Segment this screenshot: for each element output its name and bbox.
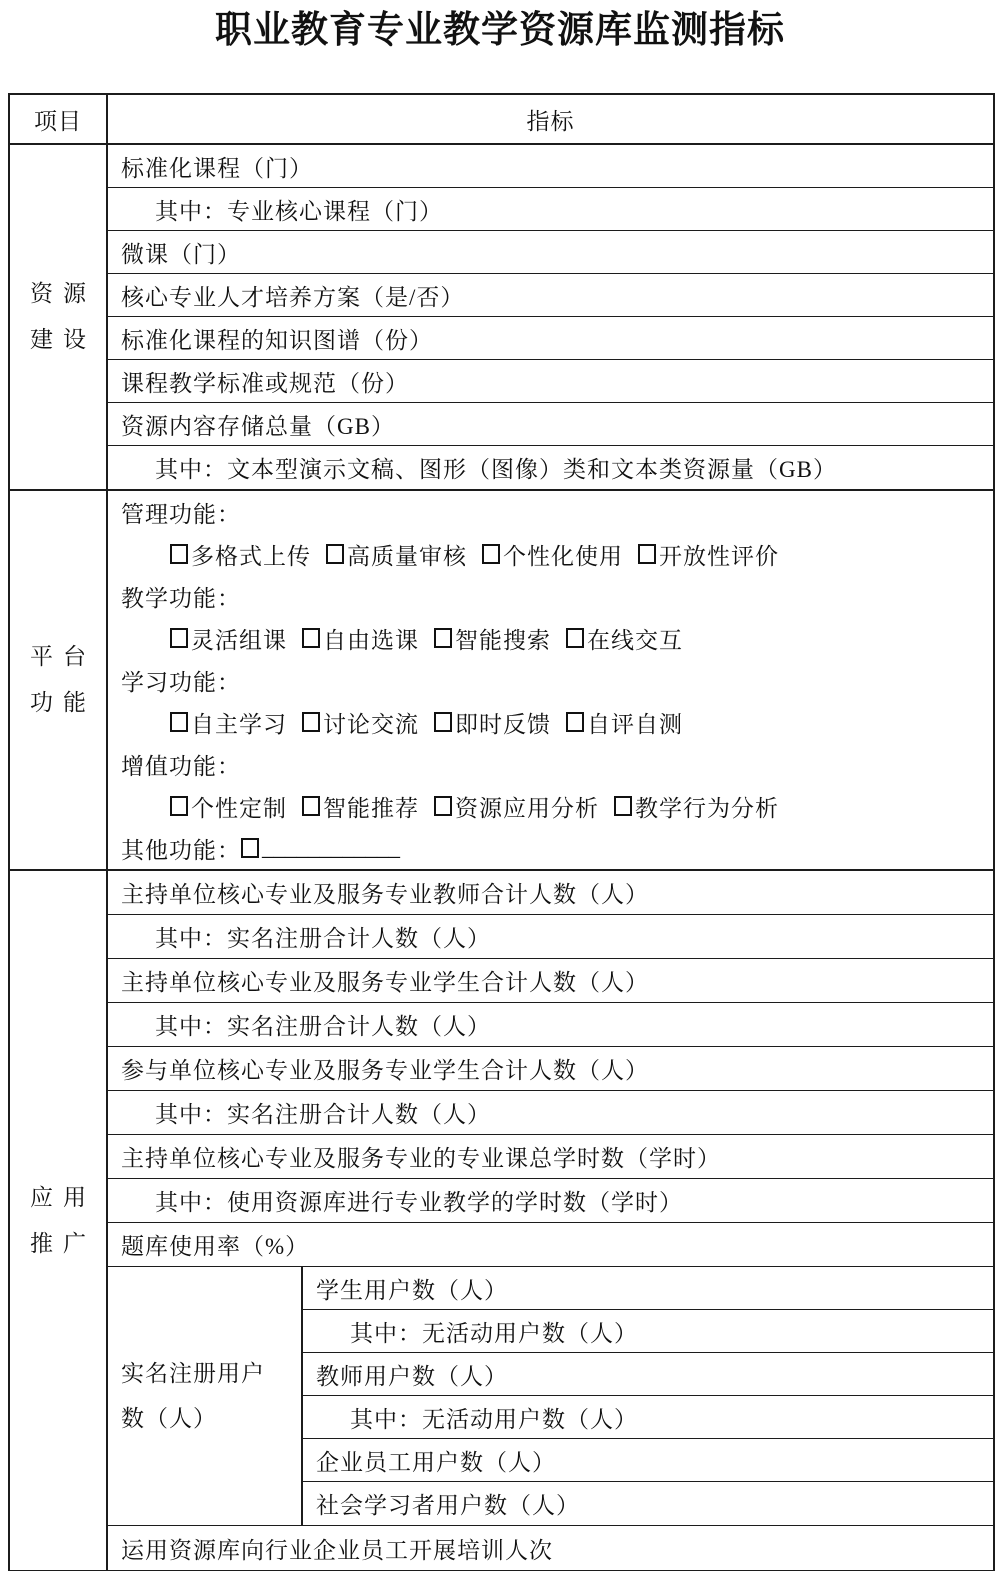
checkbox-option[interactable]: 智能推荐 (302, 790, 419, 823)
function-options-line: 灵活组课 自由选课 智能搜索 在线交互 (108, 617, 993, 659)
option-label: 教学行为分析 (635, 790, 779, 823)
section-label-line: 应用 (20, 1175, 96, 1221)
indicator-row: 其中：无活动用户数（人） (303, 1396, 993, 1439)
section-label: 平台 功能 (10, 491, 108, 869)
indicator-row: 其中：使用资源库进行专业教学的学时数（学时） (108, 1179, 993, 1223)
option-label: 智能搜索 (455, 622, 551, 655)
checkbox-option[interactable]: 个性定制 (170, 790, 287, 823)
option-label: 讨论交流 (323, 706, 419, 739)
checkbox-option[interactable]: 即时反馈 (434, 706, 551, 739)
indicator-row: 企业员工用户数（人） (303, 1439, 993, 1482)
checkbox-icon[interactable] (326, 544, 344, 564)
option-label: 智能推荐 (323, 790, 419, 823)
checkbox-icon[interactable] (302, 712, 320, 732)
indicator-row: 微课（门） (108, 231, 993, 274)
document-page: 职业教育专业教学资源库监测指标 项目 指标 资源 建设 标准化课程（门） 其中：… (0, 0, 1000, 1571)
monitoring-indicators-table: 项目 指标 资源 建设 标准化课程（门） 其中：专业核心课程（门） 微课（门） … (8, 93, 995, 1571)
indicator-row: 其中：专业核心课程（门） (108, 188, 993, 231)
indicator-row: 课程教学标准或规范（份） (108, 360, 993, 403)
page-title: 职业教育专业教学资源库监测指标 (0, 8, 1000, 54)
section-label: 资源 建设 (10, 145, 108, 489)
checkbox-option[interactable]: 自由选课 (302, 622, 419, 655)
option-label: 资源应用分析 (455, 790, 599, 823)
indicator-row: 社会学习者用户数（人） (303, 1482, 993, 1525)
indicator-row: 运用资源库向行业企业员工开展培训人次 (108, 1526, 993, 1570)
indicator-row: 其中：文本型演示文稿、图形（图像）类和文本类资源量（GB） (108, 446, 993, 489)
registered-users-label-line: 实名注册用户 (121, 1351, 301, 1396)
checkbox-option[interactable]: 讨论交流 (302, 706, 419, 739)
section-label-line: 建设 (20, 317, 96, 363)
checkbox-option[interactable]: 开放性评价 (638, 538, 779, 571)
option-label: 自由选课 (323, 622, 419, 655)
section-rows: 标准化课程（门） 其中：专业核心课程（门） 微课（门） 核心专业人才培养方案（是… (108, 145, 993, 489)
option-label: 个性定制 (191, 790, 287, 823)
checkbox-icon[interactable] (638, 544, 656, 564)
option-label: 多格式上传 (191, 538, 311, 571)
registered-users-label-line: 数（人） (121, 1396, 301, 1441)
registered-users-rows: 学生用户数（人） 其中：无活动用户数（人） 教师用户数（人） 其中：无活动用户数… (303, 1267, 993, 1525)
function-group-heading: 增值功能： (108, 743, 993, 785)
checkbox-icon[interactable] (241, 838, 259, 858)
function-options-line: 个性定制 智能推荐 资源应用分析 教学行为分析 (108, 785, 993, 827)
checkbox-icon[interactable] (302, 628, 320, 648)
option-label: 自主学习 (191, 706, 287, 739)
function-options-line: 多格式上传 高质量审核 个性化使用 开放性评价 (108, 533, 993, 575)
checkbox-option[interactable]: 灵活组课 (170, 622, 287, 655)
table-header-row: 项目 指标 (10, 95, 993, 145)
section-platform-functions: 平台 功能 管理功能： 多格式上传 高质量审核 个性化使用 开放性评价 教学功能… (10, 491, 993, 871)
section-label-line: 推广 (20, 1221, 96, 1267)
section-label-line: 功能 (20, 680, 96, 726)
function-group-heading: 管理功能： (108, 491, 993, 533)
option-label: 开放性评价 (659, 538, 779, 571)
fill-in-blank[interactable]: ____________ (262, 835, 400, 861)
section-application-promotion: 应用 推广 主持单位核心专业及服务专业教师合计人数（人） 其中：实名注册合计人数… (10, 871, 993, 1570)
checkbox-option[interactable]: 自评自测 (566, 706, 683, 739)
checkbox-icon[interactable] (170, 628, 188, 648)
indicator-row: 核心专业人才培养方案（是/否） (108, 274, 993, 317)
checkbox-option[interactable]: 在线交互 (566, 622, 683, 655)
header-cell-indicator: 指标 (108, 95, 993, 143)
section-label-line: 平台 (20, 634, 96, 680)
checkbox-icon[interactable] (566, 712, 584, 732)
function-cell: 管理功能： 多格式上传 高质量审核 个性化使用 开放性评价 教学功能： 灵活组课… (108, 491, 993, 869)
option-label: 即时反馈 (455, 706, 551, 739)
indicator-row: 标准化课程（门） (108, 145, 993, 188)
other-function-label: 其他功能： (121, 832, 241, 865)
indicator-row: 主持单位核心专业及服务专业学生合计人数（人） (108, 959, 993, 1003)
checkbox-icon[interactable] (482, 544, 500, 564)
indicator-row: 参与单位核心专业及服务专业学生合计人数（人） (108, 1047, 993, 1091)
checkbox-icon[interactable] (170, 712, 188, 732)
checkbox-icon[interactable] (614, 796, 632, 816)
function-group-heading: 教学功能： (108, 575, 993, 617)
indicator-row: 主持单位核心专业及服务专业的专业课总学时数（学时） (108, 1135, 993, 1179)
checkbox-option[interactable]: 资源应用分析 (434, 790, 599, 823)
checkbox-icon[interactable] (434, 796, 452, 816)
indicator-row: 资源内容存储总量（GB） (108, 403, 993, 446)
checkbox-icon[interactable] (170, 544, 188, 564)
checkbox-option[interactable]: 教学行为分析 (614, 790, 779, 823)
indicator-row: 其中：实名注册合计人数（人） (108, 1003, 993, 1047)
indicator-row: 题库使用率（%） (108, 1223, 993, 1267)
section-rows: 主持单位核心专业及服务专业教师合计人数（人） 其中：实名注册合计人数（人） 主持… (108, 871, 993, 1570)
indicator-row: 其中：实名注册合计人数（人） (108, 915, 993, 959)
checkbox-option[interactable]: 智能搜索 (434, 622, 551, 655)
other-function-line: 其他功能：____________ (108, 827, 993, 869)
registered-users-subtable: 实名注册用户 数（人） 学生用户数（人） 其中：无活动用户数（人） 教师用户数（… (108, 1267, 993, 1526)
option-label: 个性化使用 (503, 538, 623, 571)
header-cell-project: 项目 (10, 95, 108, 143)
section-label: 应用 推广 (10, 871, 108, 1570)
option-label: 高质量审核 (347, 538, 467, 571)
checkbox-icon[interactable] (434, 712, 452, 732)
indicator-row: 主持单位核心专业及服务专业教师合计人数（人） (108, 871, 993, 915)
function-options-line: 自主学习 讨论交流 即时反馈 自评自测 (108, 701, 993, 743)
option-label: 在线交互 (587, 622, 683, 655)
function-group-heading: 学习功能： (108, 659, 993, 701)
section-resource-construction: 资源 建设 标准化课程（门） 其中：专业核心课程（门） 微课（门） 核心专业人才… (10, 145, 993, 491)
indicator-row: 其中：无活动用户数（人） (303, 1310, 993, 1353)
indicator-row: 标准化课程的知识图谱（份） (108, 317, 993, 360)
checkbox-icon[interactable] (434, 628, 452, 648)
checkbox-icon[interactable] (302, 796, 320, 816)
checkbox-option[interactable]: 个性化使用 (482, 538, 623, 571)
registered-users-label: 实名注册用户 数（人） (108, 1267, 303, 1525)
option-label: 自评自测 (587, 706, 683, 739)
indicator-row: 教师用户数（人） (303, 1353, 993, 1396)
section-label-line: 资源 (20, 271, 96, 317)
checkbox-option[interactable]: 自主学习 (170, 706, 287, 739)
indicator-row: 其中：实名注册合计人数（人） (108, 1091, 993, 1135)
option-label: 灵活组课 (191, 622, 287, 655)
checkbox-icon[interactable] (566, 628, 584, 648)
checkbox-option[interactable]: 多格式上传 (170, 538, 311, 571)
checkbox-icon[interactable] (170, 796, 188, 816)
checkbox-option[interactable]: 高质量审核 (326, 538, 467, 571)
indicator-row: 学生用户数（人） (303, 1267, 993, 1310)
